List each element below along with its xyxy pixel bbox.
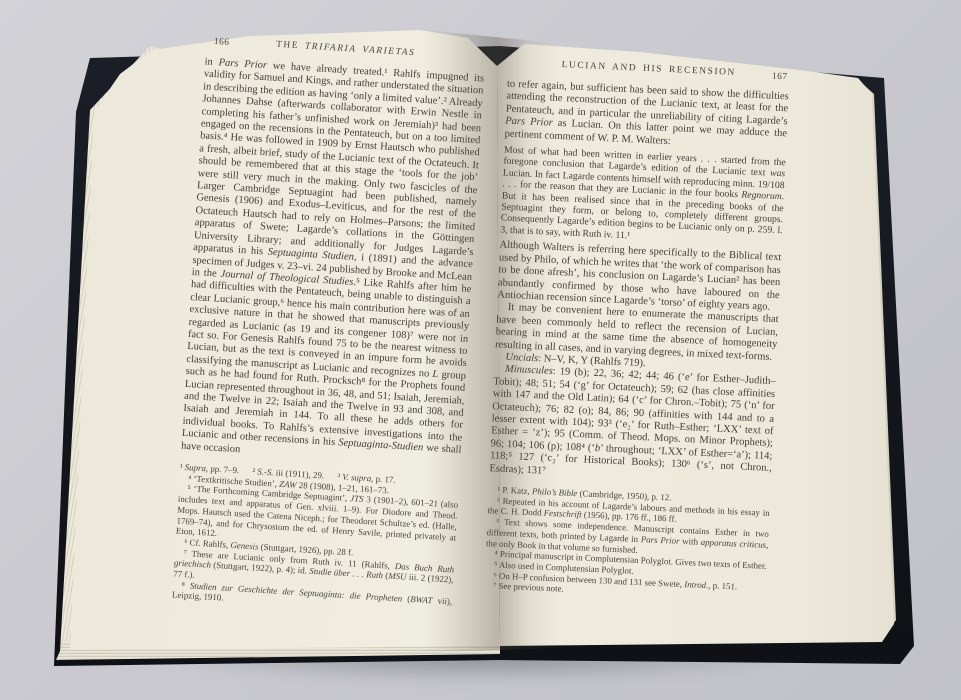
minuscules-paragraph: Minuscules: 19 (b); 22, 36; 42; 44; 46 (… — [489, 364, 776, 488]
left-body-paragraph: in Pars Prior we have already treated.¹ … — [181, 56, 485, 469]
right-page-text: LUCIAN AND HIS RECENSION 167 to refer ag… — [484, 58, 790, 604]
book-photo-scene: 166 THE TRIFARIA VARIETAS in Pars Prior … — [0, 0, 961, 700]
left-page-number: 166 — [214, 37, 230, 48]
right-footnotes: ¹ P. Katz, Philo’s Bible (Cambridge, 195… — [484, 484, 771, 604]
right-paragraph-1: to refer again, but sufficient has been … — [504, 79, 789, 154]
right-page-number: 167 — [772, 72, 788, 83]
left-page-text: 166 THE TRIFARIA VARIETAS in Pars Prior … — [172, 35, 486, 617]
left-footnotes: ¹ Supra, pp. 7–9. ² S.-S. iii (1911), 29… — [172, 462, 460, 618]
block-quote: Most of what had been written in earlier… — [500, 145, 786, 249]
